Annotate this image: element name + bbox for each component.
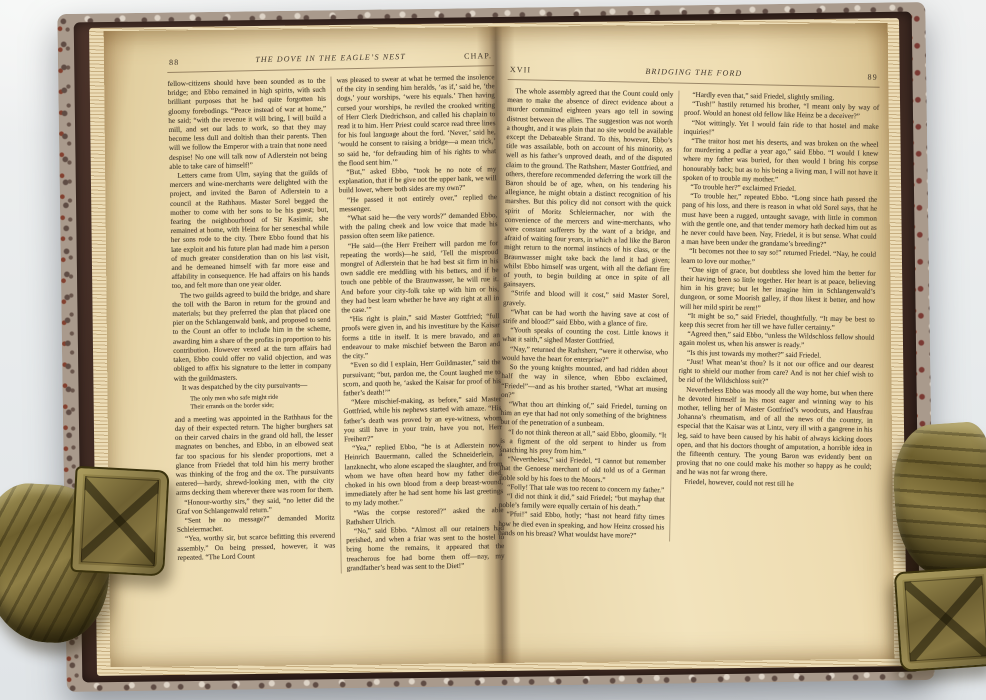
paragraph: Letters came from Ulm, saying that the g…: [169, 169, 329, 292]
paragraph: “What thou art thinking of,” said Friede…: [500, 400, 667, 431]
left-column-2: was pleased to swear at what he termed t…: [336, 73, 504, 573]
right-corner-label: XVII: [510, 65, 531, 74]
paragraph: “I do not think thereon at all,” said Eb…: [500, 427, 667, 458]
paragraph: “Just! What mean’st thou? Is it not our …: [678, 358, 874, 390]
right-running-title: BRIDGING THE FORD: [645, 67, 742, 78]
paragraph: “He said—(the Herr Freiherr will pardon …: [340, 239, 500, 316]
paragraph: “Even so did I explain, Herr Guildmaster…: [342, 358, 501, 398]
paragraph: was pleased to swear at what he termed t…: [336, 73, 496, 168]
paragraph: “One sign of grace, but doubtless she lo…: [680, 266, 876, 316]
paragraph: “No,” said Ebbo. “Almost all our retaine…: [346, 524, 505, 573]
paragraph: The whole assembly agreed that the Count…: [503, 87, 673, 293]
right-page-number: 89: [868, 73, 878, 82]
clasp-cuff-crosshatch: [70, 466, 169, 577]
verse-line: Their errands on the border side;: [190, 401, 332, 412]
photo-backdrop: 88 THE DOVE IN THE EAGLE’S NEST CHAP. fe…: [0, 0, 986, 700]
right-column-1: The whole assembly agreed that the Count…: [498, 87, 673, 541]
brass-hand-icon: [890, 421, 986, 579]
column-paragraphs: fellow-citizens should have been sounded…: [167, 77, 332, 393]
column-paragraphs: and a meeting was appointed in the Rathh…: [175, 412, 336, 563]
paragraph: “What said he—the very words?” demanded …: [339, 211, 498, 242]
paragraph: “To trouble her,” repeated Ebbo. “Long s…: [681, 192, 877, 251]
paragraph: “The traitor host met his deserts, and w…: [683, 137, 879, 187]
right-text-columns: The whole assembly agreed that the Count…: [498, 87, 879, 546]
paragraph: “Yea,” replied Ebbo, “he is at Adlerstei…: [344, 441, 503, 509]
paragraph: “His right is plain,” said Master Gottfr…: [341, 312, 500, 361]
page-left-text: 88 THE DOVE IN THE EAGLE’S NEST CHAP. fe…: [167, 50, 506, 649]
verse-quotation: The only men who safe might rideTheir er…: [190, 393, 332, 413]
brass-clasp-left: [0, 462, 170, 651]
paragraph: “Pfui!” said Ebbo, hotly; “hast not hear…: [498, 510, 665, 541]
brass-clasp-right: [878, 420, 986, 672]
paragraph: “Mere mischief-making, as before,” said …: [343, 395, 502, 444]
left-text-columns: fellow-citizens should have been sounded…: [167, 73, 504, 577]
left-page-number: 88: [169, 58, 179, 67]
paragraph: “But,” asked Ebbo, “took he no note of m…: [338, 165, 497, 196]
paragraph: and a meeting was appointed in the Rathh…: [175, 412, 335, 498]
right-column-2: “Hardly even that,” said Friedel, slight…: [675, 91, 879, 546]
paragraph: fellow-citizens should have been sounded…: [167, 77, 327, 172]
paragraph: So the young knights mounted, and had ri…: [501, 363, 668, 403]
left-column-1: fellow-citizens should have been sounded…: [167, 77, 335, 577]
paragraph: The two guilds agreed to build the bridg…: [172, 288, 332, 383]
paragraph: Nevertheless Ebbo was moody all the way …: [676, 385, 873, 481]
paragraph: “Nevertheless,” said Friedel, “I cannot …: [499, 455, 666, 486]
page-right-text: XVII BRIDGING THE FORD 89 The whole asse…: [496, 64, 880, 660]
clasp-cuff-crosshatch: [894, 566, 986, 673]
left-corner-label: CHAP.: [464, 51, 492, 61]
paragraph: “Yea, worthy sir, but scarce befitting t…: [177, 532, 336, 563]
left-running-title: THE DOVE IN THE EAGLE’S NEST: [255, 52, 406, 64]
